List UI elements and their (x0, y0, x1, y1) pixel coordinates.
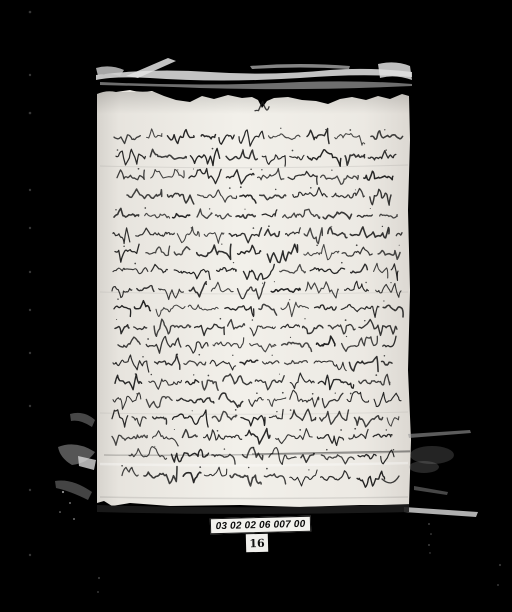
diacritic-dot (382, 226, 383, 227)
diacritic-dot (370, 208, 371, 209)
frame-number-label: 16 (246, 534, 268, 553)
diacritic-dot (256, 392, 258, 394)
diacritic-dot (244, 209, 245, 210)
diacritic-dot (331, 170, 332, 171)
archival-code-label: 03 02 02 06 007 00 (210, 516, 311, 535)
diacritic-dot (261, 169, 262, 170)
diacritic-dot (212, 148, 214, 150)
archival-code-text: 03 02 02 06 007 00 (215, 518, 305, 531)
diacritic-dot (349, 129, 351, 131)
diacritic-dot (293, 244, 295, 246)
diacritic-dot (253, 227, 255, 229)
diacritic-dot (323, 149, 324, 150)
diacritic-dot (375, 374, 377, 376)
diacritic-dot (340, 429, 342, 431)
diacritic-dot (292, 150, 294, 152)
diacritic-dot (354, 428, 356, 430)
diacritic-dot (384, 355, 386, 357)
diacritic-dot (316, 245, 318, 247)
diacritic-dot (208, 375, 210, 377)
diacritic-dot (138, 168, 140, 170)
diacritic-dot (252, 319, 254, 321)
diacritic-dot (242, 149, 243, 150)
diacritic-dot (224, 448, 225, 449)
diacritic-dot (240, 186, 242, 188)
diacritic-dot (346, 336, 347, 337)
diacritic-dot (136, 393, 138, 395)
diacritic-dot (232, 355, 233, 356)
diacritic-dot (221, 243, 222, 244)
microfilm-scan-frame: 03 02 02 06 007 00 16 (0, 0, 512, 612)
diacritic-dot (142, 356, 144, 358)
diacritic-dot (279, 374, 280, 375)
diacritic-dot (253, 447, 254, 448)
diacritic-dot (399, 245, 400, 246)
diacritic-dot (365, 282, 366, 283)
diacritic-dot (233, 262, 234, 263)
diacritic-dot (116, 319, 117, 320)
frame-number-text: 16 (249, 536, 265, 549)
diacritic-dot (326, 449, 328, 451)
diacritic-dot (192, 410, 193, 411)
diacritic-dot (308, 469, 309, 470)
diacritic-dot (280, 128, 281, 129)
diacritic-dot (235, 409, 237, 411)
diacritic-dot (312, 393, 314, 395)
diacritic-dot (345, 319, 347, 321)
diacritic-dot (199, 466, 201, 468)
diacritic-dot (299, 429, 301, 431)
diacritic-dot (266, 468, 268, 470)
diacritic-dot (385, 149, 386, 150)
diacritic-dot (174, 429, 175, 430)
diacritic-dot (117, 149, 119, 151)
diacritic-dot (177, 169, 178, 170)
diacritic-dot (289, 299, 290, 300)
diacritic-dot (250, 168, 252, 170)
diacritic-dot (177, 354, 179, 356)
diacritic-dot (386, 429, 387, 430)
diacritic-dot (310, 187, 312, 189)
diacritic-dot (276, 411, 277, 412)
diacritic-dot (193, 168, 194, 169)
diacritic-dot (274, 281, 275, 282)
diacritic-dot (390, 282, 391, 283)
diacritic-dot (135, 373, 136, 374)
diacritic-dot (335, 392, 336, 393)
diacritic-dot (341, 262, 343, 264)
diacritic-dot (268, 225, 270, 227)
diacritic-dot (331, 226, 332, 227)
diacritic-dot (325, 129, 326, 130)
diacritic-dot (272, 355, 273, 356)
paper-page (97, 90, 411, 507)
diacritic-dot (191, 227, 192, 228)
diacritic-dot (355, 189, 356, 190)
diacritic-dot (123, 245, 125, 247)
diacritic-dot (117, 298, 119, 300)
diacritic-dot (217, 430, 219, 432)
diacritic-dot (151, 374, 153, 376)
diacritic-dot (383, 300, 384, 301)
diacritic-dot (209, 208, 210, 209)
diacritic-dot (304, 318, 305, 319)
diacritic-dot (147, 338, 149, 340)
diacritic-dot (229, 187, 231, 189)
diacritic-dot (198, 354, 200, 356)
diacritic-dot (282, 392, 284, 394)
diacritic-dot (275, 189, 277, 191)
diacritic-dot (290, 337, 291, 338)
diacritic-dot (144, 207, 146, 209)
diacritic-dot (290, 409, 292, 411)
diacritic-dot (193, 374, 194, 375)
diacritic-dot (356, 244, 358, 246)
diacritic-dot (262, 283, 263, 284)
diacritic-dot (393, 449, 394, 450)
diacritic-dot (384, 129, 385, 130)
diacritic-dot (121, 465, 123, 467)
paper-page-shape (97, 90, 411, 507)
diacritic-dot (220, 318, 222, 320)
diacritic-dot (154, 446, 155, 447)
diacritic-dot (350, 393, 352, 395)
diacritic-dot (364, 320, 365, 321)
diacritic-dot (134, 263, 136, 265)
diacritic-dot (248, 467, 250, 469)
diacritic-dot (115, 209, 117, 211)
page-top-shading (97, 92, 411, 114)
